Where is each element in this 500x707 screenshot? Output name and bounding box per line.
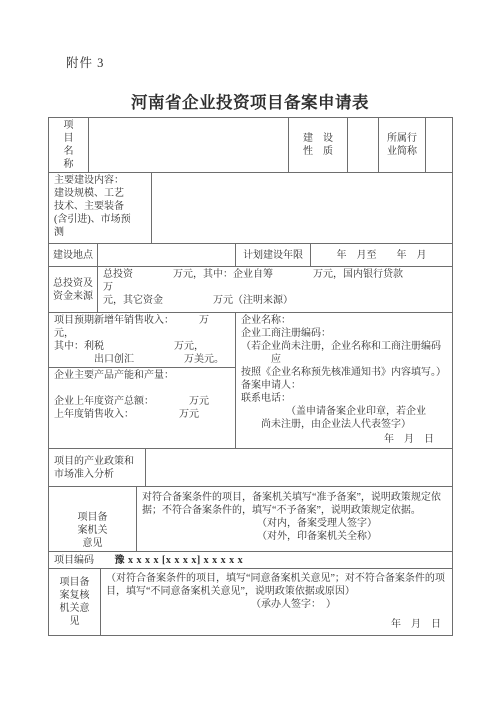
construction-nature-label: 建 设 性 质 [289, 118, 348, 173]
enterprise-date: 年 月 日 [384, 433, 434, 446]
location-cell [98, 244, 236, 267]
document-page: 附件 3 河南省企业投资项目备案申请表 项 目 名 称 建 设 性 质 所属行 … [0, 0, 500, 707]
project-code-label: 项目编码 [54, 554, 94, 567]
attachment-label: 附件 3 [66, 53, 104, 71]
row-main-content: 主要建设内容： 建设规模、工艺 技术、主要装备 (含引进)、市场预 测 [48, 172, 453, 244]
enterprise-info-cell: 企业名称： 企业工商注册编码： （若企业尚未注册，企业名称和工商注册编码 应 按… [236, 313, 453, 449]
review-opinion-label: 项目备 案复核 机关意 见 [49, 569, 101, 636]
project-name-cell [89, 118, 289, 173]
project-code-value: 豫 x x x x [x x x x] x x x x x [115, 554, 244, 567]
investment-content: 总投资 万元，其中：企业自筹 万元，国内银行贷款 万 元，其它资金 万元（注明来… [98, 267, 453, 313]
review-date: 年 月 日 [391, 618, 441, 631]
main-content-label: 主要建设内容： 建设规模、工艺 技术、主要装备 (含引进)、市场预 测 [49, 173, 152, 244]
industry-label: 所属行 业简称 [379, 118, 426, 173]
main-content-cell [152, 173, 453, 244]
capacity-content: 企业主要产品产能和产量： 企业上年度资产总额： 万元 上年度销售收入： 万元 [49, 368, 236, 449]
row-review-opinion: 项目备 案复核 机关意 见 （对符合备案条件的项目，填写“同意备案机关意见”；对… [48, 568, 453, 636]
row-project-code: 项目编码 豫 x x x x [x x x x] x x x x x [48, 551, 453, 569]
review-opinion-content: （对符合备案条件的项目，填写“同意备案机关意见”；对不符合备案条件的项目，填写“… [106, 572, 447, 611]
row-policy: 项目的产业政策和 市场准入分析 [48, 448, 453, 487]
enterprise-info-content: 企业名称： 企业工商注册编码： （若企业尚未注册，企业名称和工商注册编码 应 按… [241, 314, 447, 431]
row-investment: 总投资及 资金来源 总投资 万元，其中：企业自筹 万元，国内银行贷款 万 元，其… [48, 266, 453, 313]
revenue-content: 项目预期新增年销售收入： 万 元， 其中：利税 万元， 出口创汇 万美元。 [49, 313, 236, 368]
plan-period-label: 计划建设年限 [236, 244, 311, 267]
policy-cell [146, 449, 453, 487]
row-revenue-enterprise: 项目预期新增年销售收入： 万 元， 其中：利税 万元， 出口创汇 万美元。 企业… [48, 312, 453, 449]
row-location: 建设地点 计划建设年限 年 月至 年 月 [48, 243, 453, 267]
investment-label: 总投资及 资金来源 [49, 267, 98, 313]
policy-label: 项目的产业政策和 市场准入分析 [49, 449, 146, 487]
plan-period-cell: 年 月至 年 月 [311, 244, 453, 267]
construction-nature-cell [348, 118, 379, 173]
authority-opinion-content: 对符合备案条件的项目，备案机关填写“准予备案”，说明政策规定依据；不符合备案条件… [142, 491, 447, 543]
review-opinion-cell: （对符合备案条件的项目，填写“同意备案机关意见”；对不符合备案条件的项目，填写“… [101, 569, 453, 636]
project-code-cell: 项目编码 豫 x x x x [x x x x] x x x x x [49, 552, 453, 569]
industry-cell [426, 118, 453, 173]
form-title: 河南省企业投资项目备案申请表 [0, 89, 500, 113]
location-label: 建设地点 [49, 244, 98, 267]
code-review-table: 项目编码 豫 x x x x [x x x x] x x x x x 项目备 案… [48, 551, 454, 636]
project-name-label: 项 目 名 称 [49, 118, 89, 173]
row-project-name: 项 目 名 称 建 设 性 质 所属行 业简称 [48, 117, 453, 173]
main-form-table: 项 目 名 称 建 设 性 质 所属行 业简称 主要建设内容： 建设规模、工艺 … [48, 117, 454, 575]
